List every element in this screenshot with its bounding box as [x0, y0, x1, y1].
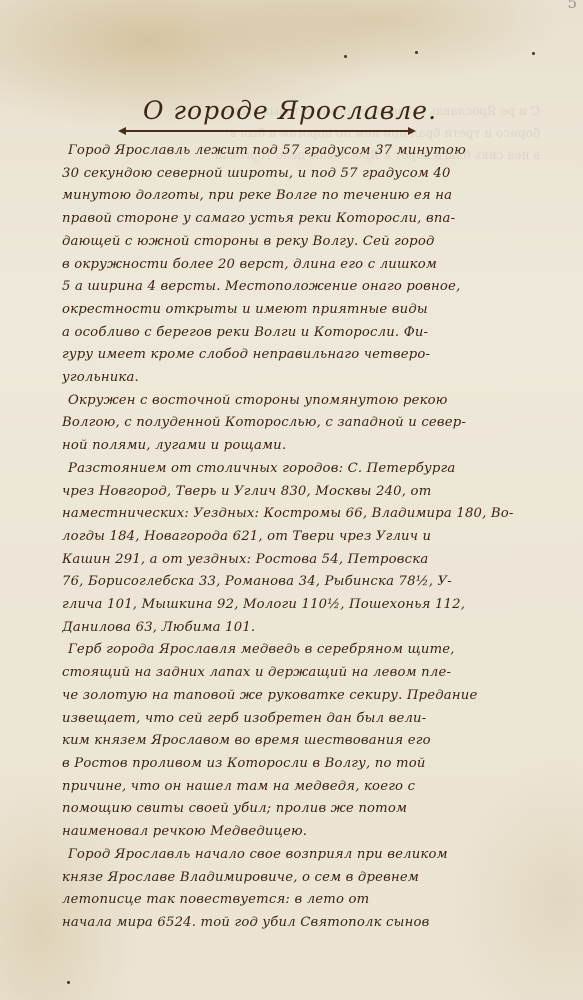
- text-line: чрез Новгород, Тверь и Углич 830, Москвы…: [62, 481, 532, 504]
- title-block: О городе Ярославле.: [120, 96, 460, 125]
- paragraph-location: Город Ярославль лежит под 57 градусом 37…: [62, 140, 532, 390]
- text-line: гуру имеет кроме слобод неправильнаго че…: [62, 344, 532, 367]
- text-line: 30 секундою северной широты, и под 57 гр…: [62, 163, 532, 186]
- text-line: правой стороне у самаго устья реки Котор…: [62, 208, 532, 231]
- text-line: логды 184, Новагорода 621, от Твери чрез…: [62, 526, 532, 549]
- text-line: наименовал речкою Медведицею.: [62, 821, 532, 844]
- text-line: дающей с южной стороны в реку Волгу. Сей…: [62, 231, 532, 254]
- text-line: окрестности открыты и имеют приятные вид…: [62, 299, 532, 322]
- paragraph-distances: Разстоянием от столичных городов: С. Пет…: [62, 458, 532, 640]
- ink-speck: [415, 51, 418, 54]
- text-line: извещает, что сей герб изобретен дан был…: [62, 708, 532, 731]
- text-line: стоящий на задних лапах и держащий на ле…: [62, 662, 532, 685]
- text-line: Герб города Ярославля медведь в серебрян…: [62, 639, 532, 662]
- ink-speck: [532, 52, 535, 55]
- text-line: князе Ярославе Владимировиче, о сем в др…: [62, 867, 532, 890]
- manuscript-page: С и ре Ярославль главный от поми ратовых…: [0, 0, 583, 1000]
- text-line: Город Ярославль начало свое возприял при…: [62, 844, 532, 867]
- text-line: Город Ярославль лежит под 57 градусом 37…: [62, 140, 532, 163]
- text-line: Окружен с восточной стороны упомянутою р…: [62, 390, 532, 413]
- text-line: причине, что он нашел там на медведя, ко…: [62, 776, 532, 799]
- text-line: начала мира 6524. той год убил Святополк…: [62, 912, 532, 935]
- title-underline: [122, 130, 412, 132]
- page-title: О городе Ярославле.: [120, 96, 460, 125]
- text-line: в окружности более 20 верст, длина его с…: [62, 254, 532, 277]
- text-line: ной полями, лугами и рощами.: [62, 435, 532, 458]
- text-line: 5 а ширина 4 версты. Местоположение онаг…: [62, 276, 532, 299]
- text-line: Разстоянием от столичных городов: С. Пет…: [62, 458, 532, 481]
- text-line: наместнических: Уездных: Костромы 66, Вл…: [62, 503, 532, 526]
- text-line: минутою долготы, при реке Волге по течен…: [62, 185, 532, 208]
- paragraph-coat-of-arms: Герб города Ярославля медведь в серебрян…: [62, 639, 532, 843]
- ink-speck: [67, 981, 70, 984]
- text-line: угольника.: [62, 367, 532, 390]
- paragraph-surroundings: Окружен с восточной стороны упомянутою р…: [62, 390, 532, 458]
- text-line: помощию свиты своей убил; пролив же пото…: [62, 798, 532, 821]
- text-line: Волгою, с полуденной Которослью, с запад…: [62, 412, 532, 435]
- text-line: летописце так повествуется: в лето от: [62, 889, 532, 912]
- text-line: глича 101, Мышкина 92, Мологи 110½, Поше…: [62, 594, 532, 617]
- text-line: Данилова 63, Любима 101.: [62, 617, 532, 640]
- text-line: в Ростов проливом из Которосли в Волгу, …: [62, 753, 532, 776]
- paragraph-history: Город Ярославль начало свое возприял при…: [62, 844, 532, 935]
- text-line: Кашин 291, а от уездных: Ростова 54, Пет…: [62, 549, 532, 572]
- text-line: че золотую на таповой же руковатке секир…: [62, 685, 532, 708]
- text-line: а особливо с берегов реки Волги и Которо…: [62, 322, 532, 345]
- manuscript-body: Город Ярославль лежит под 57 градусом 37…: [62, 140, 532, 935]
- text-line: 76, Борисоглебска 33, Романова 34, Рыбин…: [62, 571, 532, 594]
- folio-number: 5: [567, 0, 577, 12]
- text-line: ким князем Ярославом во время шествовани…: [62, 730, 532, 753]
- ink-speck: [344, 55, 347, 58]
